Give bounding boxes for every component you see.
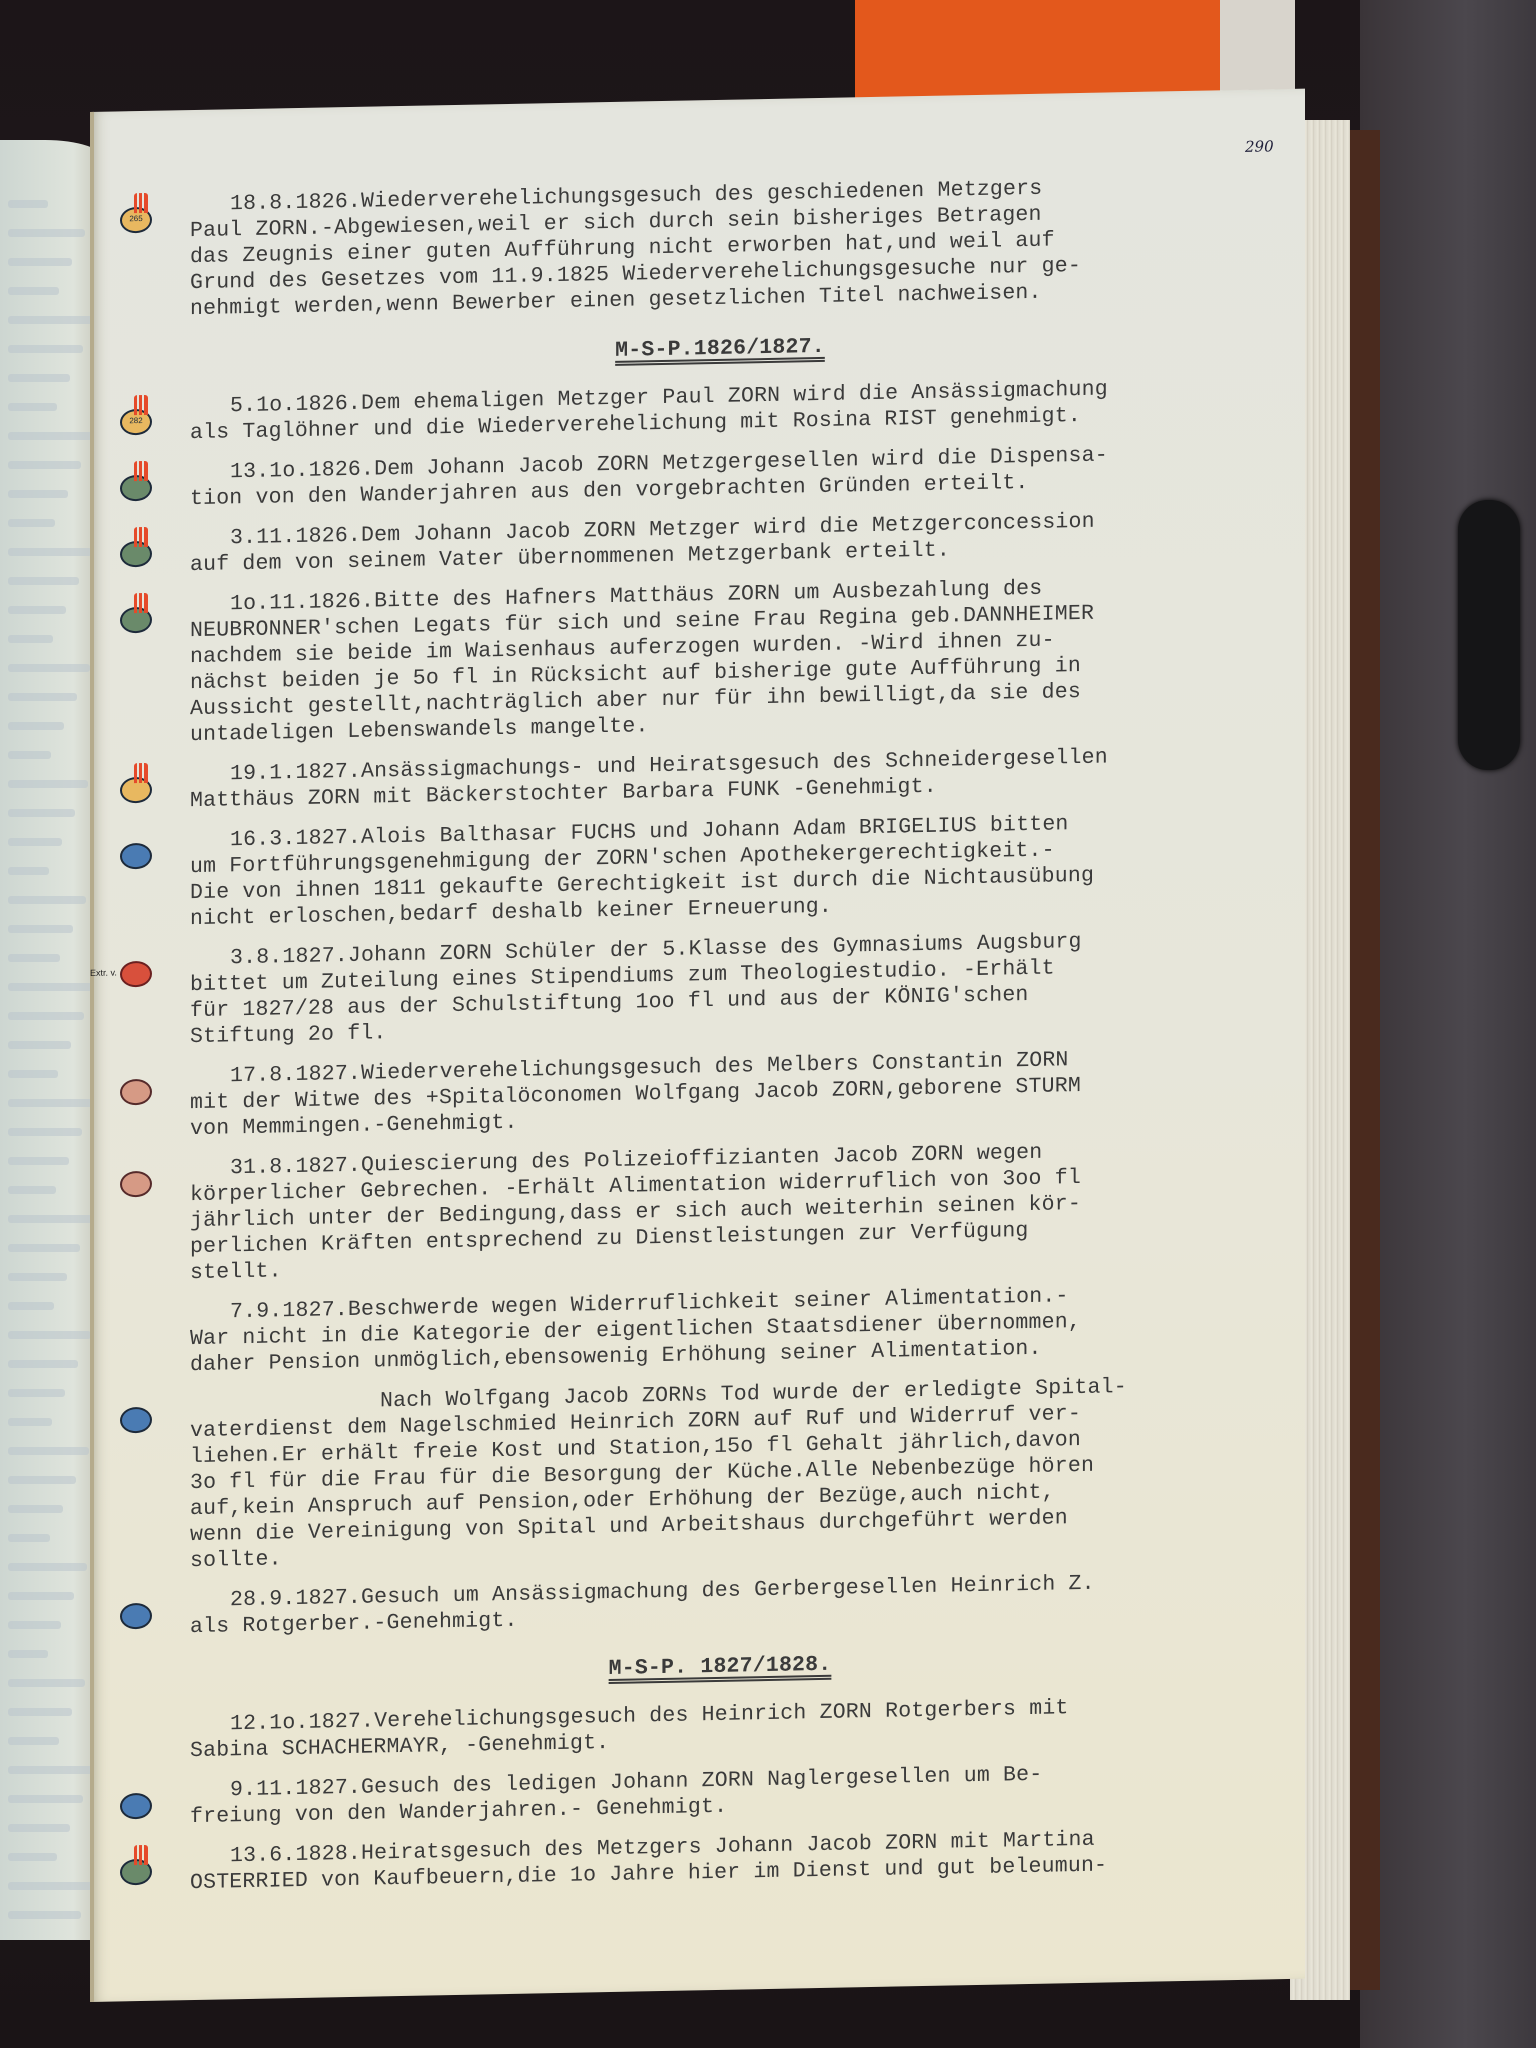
left-page-text-ghost [8,1882,94,1890]
red-tick-mark-icon [134,527,148,547]
left-page-text-ghost [8,1621,61,1629]
left-page-text-ghost [8,867,49,875]
left-page-text-ghost [8,1302,54,1310]
left-page-text-ghost [8,229,85,237]
red-tick-mark-icon [134,1845,148,1865]
register-entry: 12.1o.1827.Verehelichungsgesuch des Hein… [190,1692,1250,1764]
register-entry: 18.8.1826.Wiederverehelichungsgesuch des… [190,172,1250,322]
left-page-text-ghost [8,577,79,585]
left-page-text-ghost [8,287,59,295]
section-heading: M-S-P.1826/1827. [190,326,1250,372]
left-page-text-ghost [8,374,70,382]
left-page-text-ghost [8,722,64,730]
archive-stamp-icon [120,1603,152,1630]
left-page-text-ghost [8,432,94,440]
desk-surface [1360,0,1536,2048]
left-page-text-ghost [8,519,55,527]
book-gutter [90,112,94,2002]
red-tick-mark-icon [134,193,148,213]
left-page-text-ghost [8,1070,58,1078]
left-page-text-ghost [8,1215,93,1223]
left-page-text-ghost [8,606,66,614]
left-page-text-ghost [8,809,75,817]
left-page-text-ghost [8,1012,84,1020]
left-page-text-ghost [8,1766,96,1774]
register-entry: 7.9.1827.Beschwerde wegen Widerruflichke… [190,1280,1250,1378]
left-page-text-ghost [8,1737,59,1745]
left-page-text-ghost [8,403,57,411]
left-page-text-ghost [8,1679,85,1687]
archive-stamp-icon [120,843,152,870]
left-page-text-ghost [8,490,68,498]
left-page-text-ghost [8,1360,78,1368]
page-number: 290 [1245,137,1274,156]
left-page-text-ghost [8,1331,91,1339]
archive-stamp-icon [120,1793,152,1820]
register-entry: 31.8.1827.Quiescierung des Polizeioffizi… [190,1136,1250,1286]
left-page-text-ghost [8,664,90,672]
left-page-text-ghost [8,751,51,759]
binder-clip [1458,500,1520,770]
left-page-text-ghost [8,1534,50,1542]
register-entry: 17.8.1827.Wiederverehelichungsgesuch des… [190,1044,1250,1142]
left-page-text-ghost [8,635,53,643]
left-page-text-ghost [8,693,77,701]
red-tick-mark-icon [134,395,148,415]
typed-text: 18.8.1826.Wiederverehelichungsgesuch des… [190,172,1250,1910]
register-entry: 28.9.1827.Gesuch um Ansässigmachung des … [190,1568,1250,1640]
left-page-text-ghost [8,838,62,846]
left-page-text-ghost [8,1650,48,1658]
register-entry: 3.8.1827.Johann ZORN Schüler der 5.Klass… [190,926,1250,1050]
left-page-text-ghost [8,1447,89,1455]
left-page-text-ghost [8,896,86,904]
left-page-text-ghost [8,1273,67,1281]
archive-stamp-icon [120,1079,152,1106]
left-page-text-ghost [8,780,88,788]
margin-note: Extr. v. [90,967,117,978]
left-page-text-ghost [8,548,92,556]
section-heading: M-S-P. 1827/1828. [190,1644,1250,1690]
red-tick-mark-icon [134,763,148,783]
left-page-text-ghost [8,345,83,353]
left-page-text-ghost [8,1795,83,1803]
left-page-text-ghost [8,1592,74,1600]
left-page-text-ghost [8,1099,95,1107]
left-page-text-ghost [8,925,73,933]
left-page-text-ghost [8,1041,71,1049]
left-page-text-ghost [8,200,48,208]
left-page-text-ghost [8,1389,65,1397]
register-entry: 3.11.1826.Dem Johann Jacob ZORN Metzger … [190,506,1250,578]
register-entry: 5.1o.1826.Dem ehemaligen Metzger Paul ZO… [190,374,1250,446]
left-page-text-ghost [8,1853,57,1861]
left-page-text-ghost [8,1157,69,1165]
left-page-text-ghost [8,1911,81,1919]
register-entry: 16.3.1827.Alois Balthasar FUCHS und Joha… [190,808,1250,932]
archive-stamp-icon [120,1171,152,1198]
register-entry: 9.11.1827.Gesuch des ledigen Johann ZORN… [190,1758,1250,1830]
left-page-text-ghost [8,1244,80,1252]
left-page-text-ghost [8,1563,87,1571]
register-entry: 1o.11.1826.Bitte des Hafners Matthäus ZO… [190,572,1250,748]
left-page-text-ghost [8,258,72,266]
register-entry: 19.1.1827.Ansässigmachungs- und Heiratsg… [190,742,1250,814]
register-entry: 13.1o.1826.Dem Johann Jacob ZORN Metzger… [190,440,1250,512]
left-page-text-ghost [8,1186,56,1194]
left-page-text-ghost [8,461,81,469]
left-page-text-ghost [8,1128,82,1136]
left-page-text-ghost [8,1418,52,1426]
right-page: 290 18.8.1826.Wiederverehelichungsgesuch… [90,89,1305,2002]
left-page-text-ghost [8,316,96,324]
register-entry: Nach Wolfgang Jacob ZORNs Tod wurde der … [190,1372,1250,1574]
left-page-text-ghost [8,1708,72,1716]
archive-stamp-icon [120,961,152,988]
register-entry: 13.6.1828.Heiratsgesuch des Metzgers Joh… [190,1824,1250,1896]
left-page-text-ghost [8,1824,70,1832]
left-page-text-ghost [8,1476,76,1484]
left-page-text-ghost [8,1505,63,1513]
left-page-text-ghost [8,954,60,962]
red-tick-mark-icon [134,593,148,613]
archive-stamp-icon [120,1407,152,1434]
red-tick-mark-icon [134,461,148,481]
left-page-text-ghost [8,983,97,991]
